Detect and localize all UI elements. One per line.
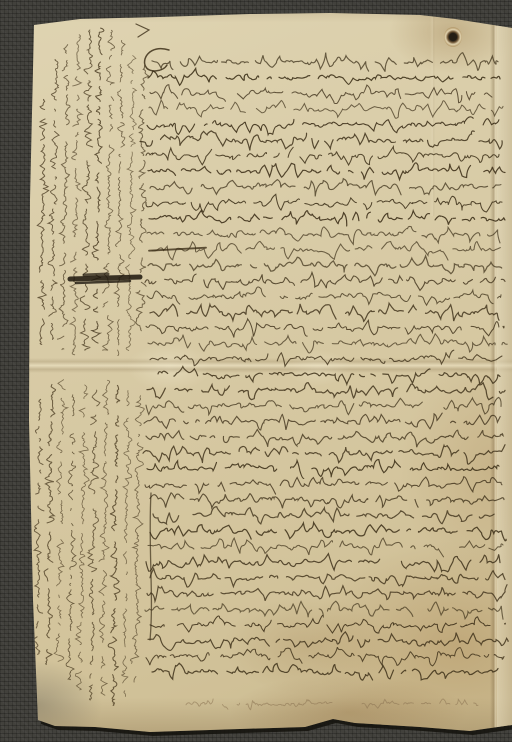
manuscript-page bbox=[0, 0, 512, 742]
main-text-lines bbox=[140, 53, 508, 681]
margin-note-columns bbox=[31, 27, 151, 705]
footer-note bbox=[186, 699, 478, 710]
handwriting-svg bbox=[0, 0, 512, 742]
pen-marks bbox=[136, 24, 206, 640]
scan-background: { "scene": { "background_color": "#42413… bbox=[0, 0, 512, 742]
ink-blot bbox=[70, 274, 140, 283]
